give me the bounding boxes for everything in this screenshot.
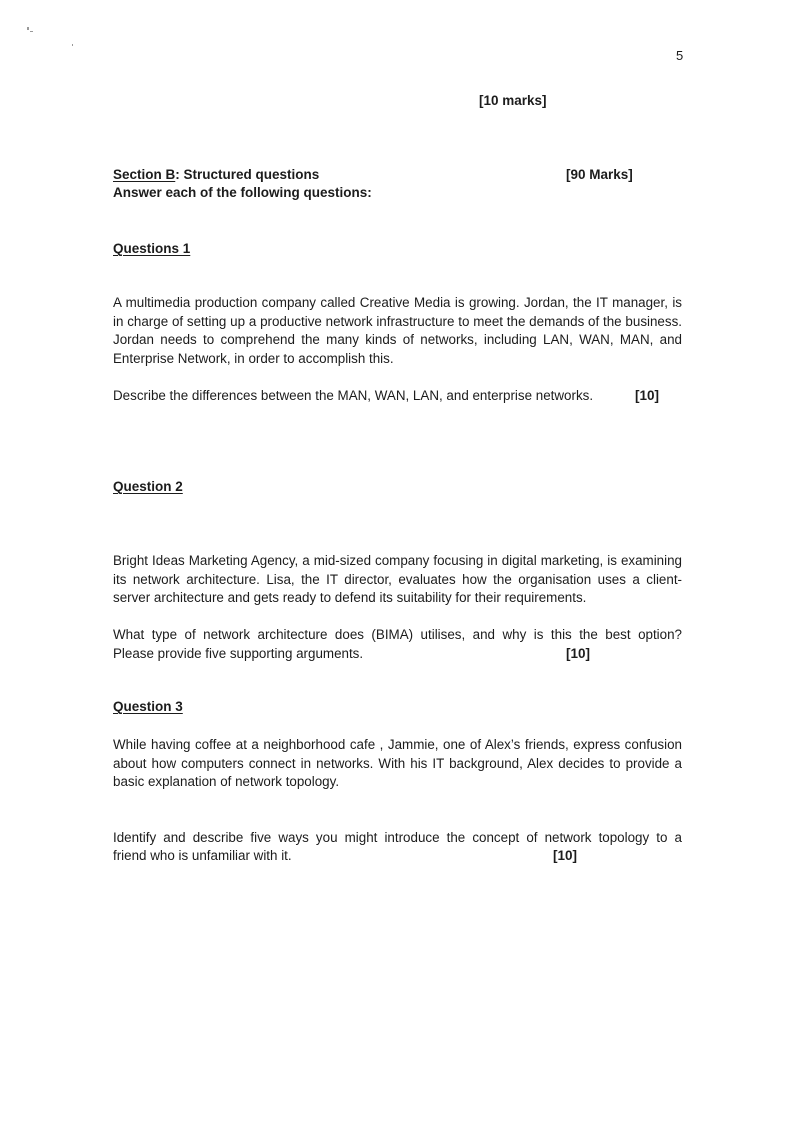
page-number: 5 bbox=[676, 48, 683, 63]
question-3-heading: Question 3 bbox=[113, 699, 183, 714]
question-1-heading: Questions 1 bbox=[113, 241, 190, 256]
scan-speck bbox=[27, 27, 29, 30]
question-1-scenario: A multimedia production company called C… bbox=[113, 294, 682, 368]
question-1-marks: [10] bbox=[635, 387, 659, 406]
question-3-task-line-2: friend who is unfamiliar with it. [10] bbox=[113, 847, 682, 866]
question-3-task: friend who is unfamiliar with it. bbox=[113, 848, 292, 863]
question-2-task-line-1: What type of network architecture does (… bbox=[113, 626, 682, 645]
question-2-task: Please provide five supporting arguments… bbox=[113, 646, 363, 661]
question-3-scenario: While having coffee at a neighborhood ca… bbox=[113, 736, 682, 792]
question-2-task-line-2: Please provide five supporting arguments… bbox=[113, 645, 682, 664]
exam-page: 5 [10 marks] Section B: Structured quest… bbox=[0, 0, 794, 1122]
question-2-marks: [10] bbox=[566, 645, 590, 664]
question-3-marks: [10] bbox=[553, 847, 577, 866]
question-3-task-line-1: Identify and describe five ways you migh… bbox=[113, 829, 682, 848]
scan-speck bbox=[30, 31, 33, 32]
question-1-task-line: Describe the differences between the MAN… bbox=[113, 387, 673, 406]
section-subtitle: : Structured questions bbox=[175, 167, 319, 182]
section-marks: [90 Marks] bbox=[566, 167, 633, 182]
section-label: Section B bbox=[113, 167, 175, 182]
question-2-heading: Question 2 bbox=[113, 479, 183, 494]
section-instruction: Answer each of the following questions: bbox=[113, 185, 372, 200]
section-title: Section B: Structured questions bbox=[113, 167, 319, 182]
previous-section-marks: [10 marks] bbox=[479, 93, 547, 108]
scan-speck bbox=[72, 44, 73, 46]
question-2-scenario: Bright Ideas Marketing Agency, a mid-siz… bbox=[113, 552, 682, 608]
question-1-task: Describe the differences between the MAN… bbox=[113, 388, 593, 403]
